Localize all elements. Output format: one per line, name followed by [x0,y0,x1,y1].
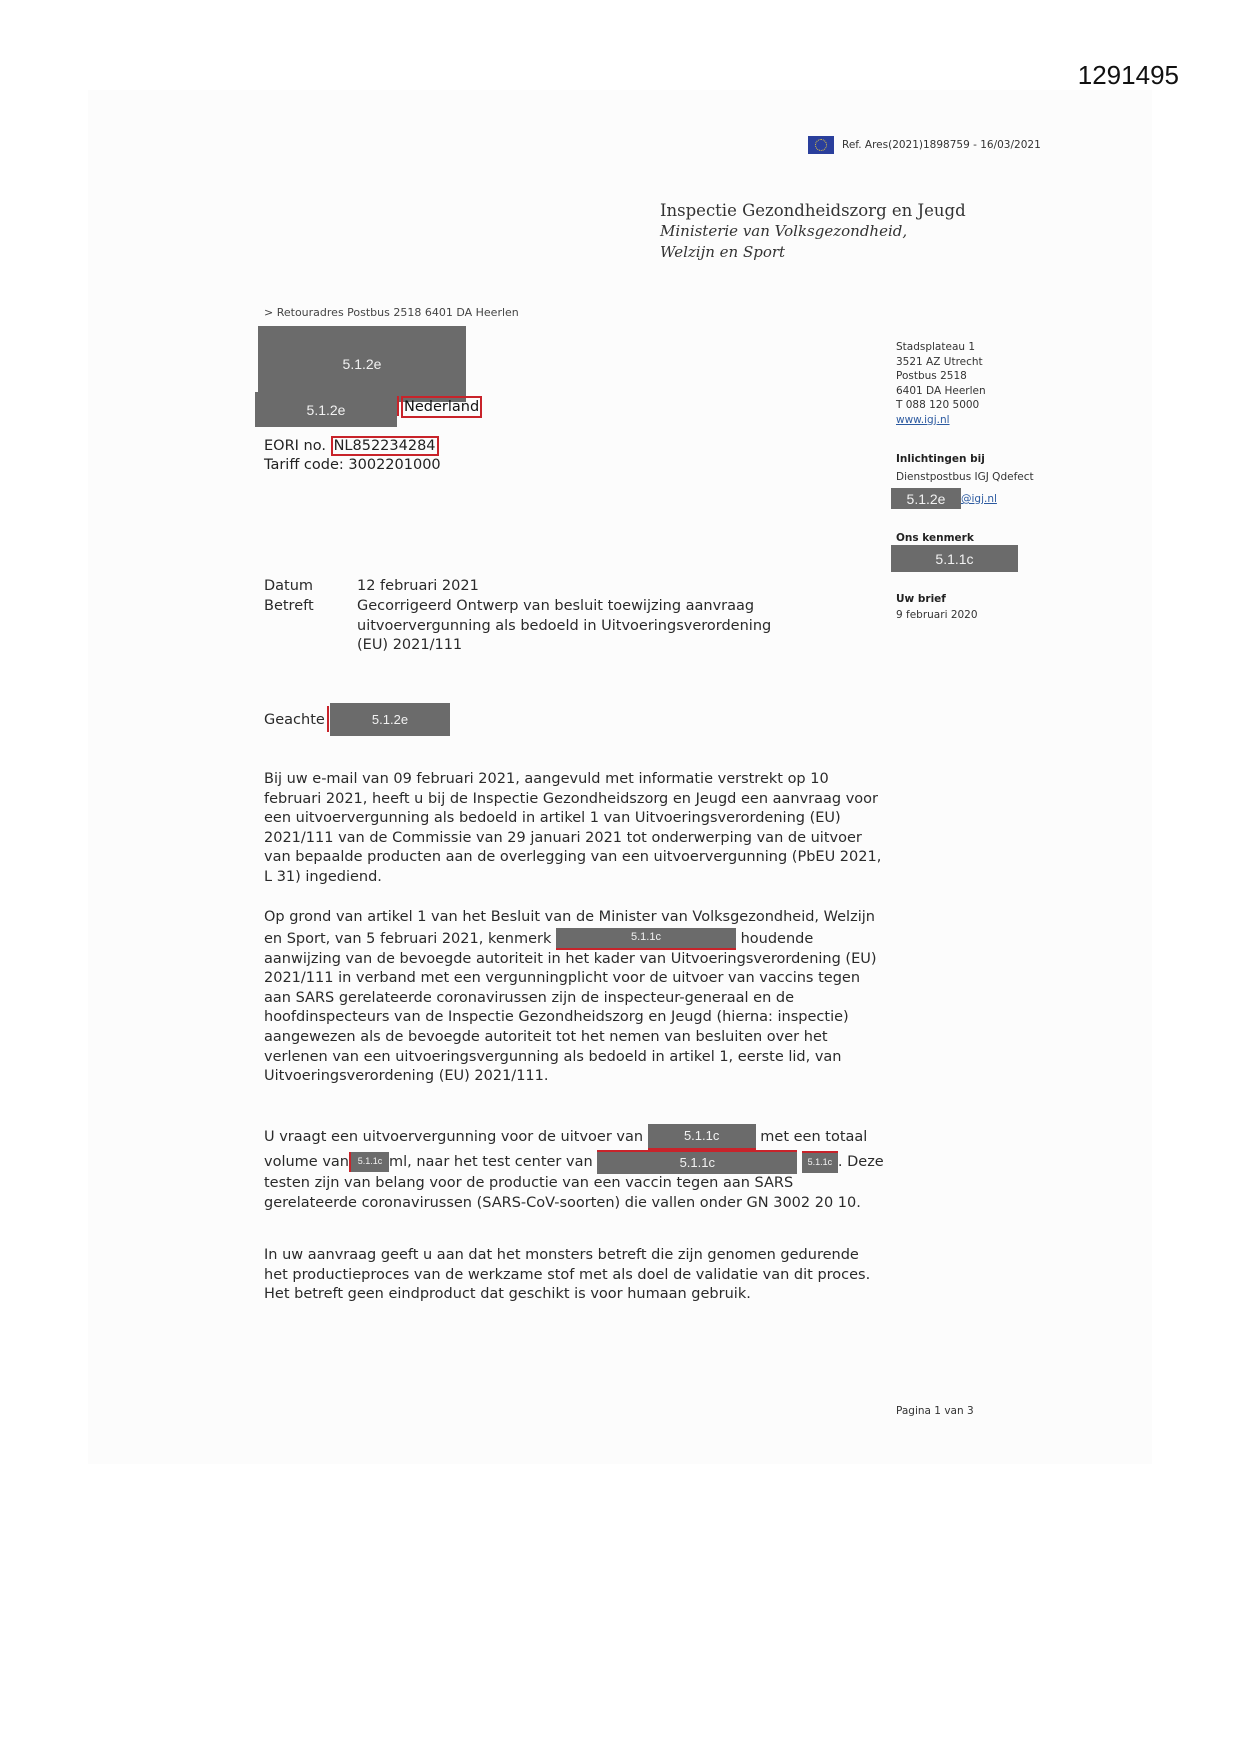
phone-number: T 088 120 5000 [896,398,986,413]
recipient-country: Nederland [401,396,482,418]
redaction-test-center: 5.1.1c [597,1150,797,1174]
uw-brief-heading: Uw brief [896,593,946,605]
redaction-recipient-name: 5.1.2e [258,326,466,402]
redaction-product: 5.1.1c [648,1124,756,1150]
paragraph-3-text-c: ml, naar het test center van [389,1154,593,1170]
address-line: Postbus 2518 [896,369,986,384]
betreft-label: Betreft [264,597,354,617]
recipient-customs: EORI no. NL852234284 Tariff code: 300220… [264,437,441,475]
page-number: Pagina 1 van 3 [896,1405,974,1417]
redaction-test-center-cont: 5.1.1c [802,1151,838,1173]
uw-brief-date: 9 februari 2020 [896,608,978,623]
tariff-code: Tariff code: 3002201000 [264,456,441,475]
redaction-kenmerk: 5.1.1c [891,545,1018,572]
letterhead: Inspectie Gezondheidszorg en Jeugd Minis… [660,200,966,263]
redaction-recipient-address: 5.1.2e [255,392,397,427]
address-line: 6401 DA Heerlen [896,384,986,399]
salutation-text: Geachte [264,712,325,728]
info-block: Inlichtingen bij Dienstpostbus IGJ Qdefe… [896,452,1034,484]
paragraph-3-text-a: U vraagt een uitvoervergunning voor de u… [264,1129,643,1145]
redaction-contact-email: 5.1.2e [891,488,961,509]
address-line: 3521 AZ Utrecht [896,355,986,370]
paragraph-3: U vraagt een uitvoervergunning voor de u… [264,1124,884,1213]
eori-number: NL852234284 [331,436,439,456]
paragraph-2-text-b: houdende aanwijzing van de bevoegde auto… [264,931,877,1085]
eu-flag-icon [808,136,834,154]
kenmerk-heading: Ons kenmerk [896,532,974,544]
email-suffix-link[interactable]: @igj.nl [961,492,997,507]
paragraph-1-text: Bij uw e-mail van 09 februari 2021, aang… [264,770,884,888]
letterhead-organisation: Inspectie Gezondheidszorg en Jeugd [660,200,966,221]
betreft-value: Gecorrigeerd Ontwerp van besluit toewijz… [357,597,787,656]
paragraph-4-text: In uw aanvraag geeft u aan dat het monst… [264,1246,884,1305]
highlight-marker [327,706,329,732]
info-heading: Inlichtingen bij [896,453,985,465]
highlight-marker [397,396,399,416]
datum-label: Datum [264,577,354,597]
kenmerk-block: Ons kenmerk [896,531,974,546]
website-link[interactable]: www.igj.nl [896,413,986,428]
paragraph-1: Bij uw e-mail van 09 februari 2021, aang… [264,770,884,888]
ares-reference: Ref. Ares(2021)1898759 - 16/03/2021 [842,139,1041,151]
uw-brief-block: Uw brief 9 februari 2020 [896,592,978,622]
redaction-kenmerk-inline: 5.1.1c [556,928,736,950]
redaction-salutation-name: 5.1.2e [330,703,450,736]
sender-address: Stadsplateau 1 3521 AZ Utrecht Postbus 2… [896,340,986,428]
paragraph-4: In uw aanvraag geeft u aan dat het monst… [264,1246,884,1305]
address-line: Stadsplateau 1 [896,340,986,355]
redaction-volume: 5.1.1c [349,1152,389,1172]
return-address: > Retouradres Postbus 2518 6401 DA Heerl… [264,306,519,319]
letterhead-ministry-cont: Welzijn en Sport [660,242,966,263]
ares-reference-stamp: Ref. Ares(2021)1898759 - 16/03/2021 [808,136,1041,154]
letterhead-ministry: Ministerie van Volksgezondheid, [660,221,966,242]
document-number: 1291495 [1078,60,1179,91]
eori-label: EORI no. [264,438,326,454]
paragraph-2: Op grond van artikel 1 van het Besluit v… [264,908,884,1087]
datum-value: 12 februari 2021 [357,577,817,597]
info-text: Dienstpostbus IGJ Qdefect [896,470,1034,485]
